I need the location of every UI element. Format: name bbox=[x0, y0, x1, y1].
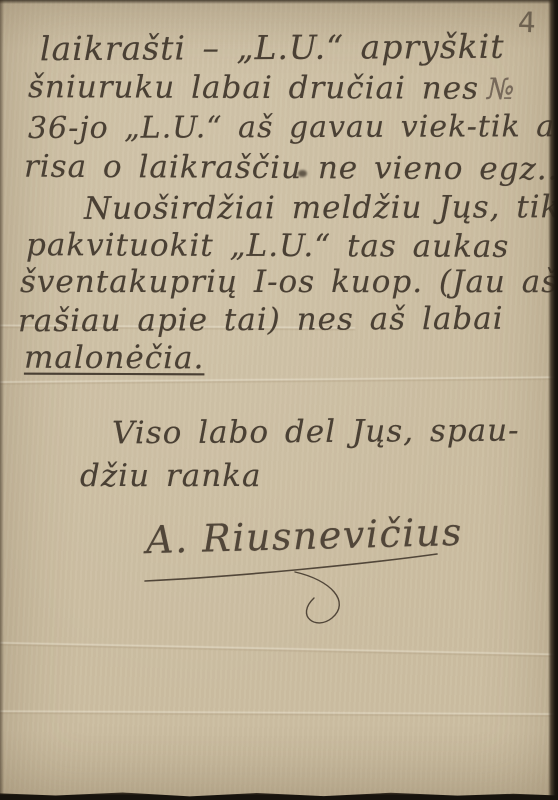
handwritten-closing-line: Viso labo del Jųs, spau- bbox=[112, 413, 520, 453]
scanned-letter-page: 4 laikrašti – „L.U.“ apryškit šniuruku l… bbox=[0, 0, 558, 800]
fold-crease bbox=[0, 642, 558, 657]
handwritten-text: šniuruku labai dručiai nes bbox=[28, 69, 479, 107]
scan-edge-top bbox=[0, 0, 558, 4]
handwritten-line: pakvituokit „L.U.“ tas aukas bbox=[26, 227, 509, 266]
ink-smudge bbox=[298, 170, 307, 177]
handwritten-line: Nuoširdžiai meldžiu Jųs, tik bbox=[84, 189, 558, 228]
handwritten-line: laikrašti – „L.U.“ apryškit bbox=[40, 27, 505, 69]
handwritten-line: malonėčia. bbox=[24, 340, 205, 378]
scan-edge-left bbox=[0, 0, 4, 800]
handwritten-closing-line: džiu ranka bbox=[80, 458, 261, 495]
handwritten-line: šventakuprių I-os kuop. (Jau aš bbox=[20, 264, 558, 301]
scan-edge-right bbox=[548, 0, 558, 800]
page-number: 4 bbox=[517, 6, 536, 40]
numero-symbol: № bbox=[487, 72, 516, 106]
handwritten-line: 36-jo „L.U.“ aš gavau viek-tik ad- bbox=[28, 109, 558, 147]
scan-edge-bottom bbox=[0, 788, 558, 800]
fold-crease bbox=[0, 377, 558, 385]
handwritten-line: rašiau apie tai) nes aš labai bbox=[18, 301, 504, 341]
handwritten-line: šniuruku labai dručiai nes№ bbox=[28, 69, 516, 108]
handwritten-line: risa o laikraščiu ne vieno egz.. bbox=[24, 149, 558, 189]
fold-crease bbox=[0, 711, 558, 717]
signature-flourish bbox=[135, 548, 445, 643]
